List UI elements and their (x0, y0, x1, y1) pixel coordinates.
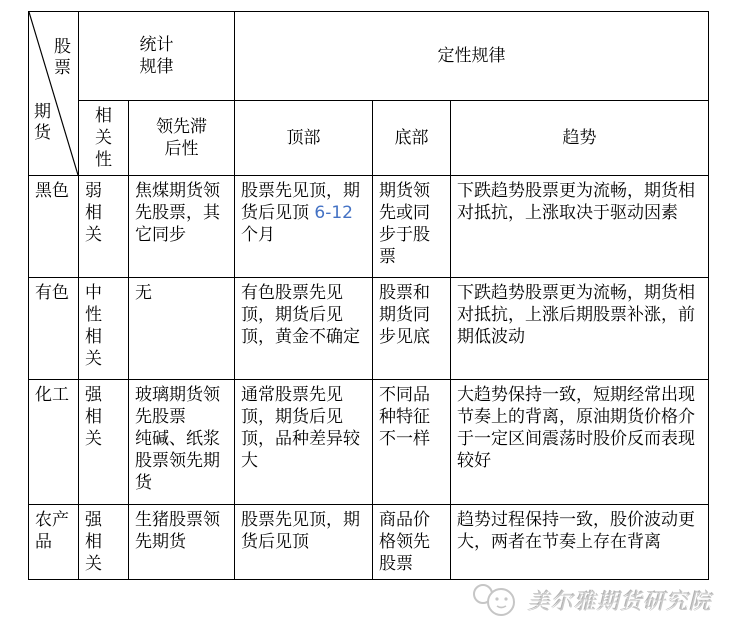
correlation-cell: 中 性 相 关 (79, 278, 129, 380)
group-header-row: 股 票 期 货 统计 规律 定性规律 (29, 12, 709, 101)
top-cell: 股票先见顶，期货后见顶 6-12 个月 (235, 176, 373, 278)
corner-cell: 股 票 期 货 (29, 12, 79, 176)
top-cell: 通常股票先见顶，期货后见顶，品种差异较大 (235, 380, 373, 505)
top-text: 个月 (241, 225, 275, 245)
table-row-nonferrous: 有色 中 性 相 关 无 有色股票先见顶，期货后见顶，黄金不确定 股票和期货同步… (29, 278, 709, 380)
top-text: 股票先见顶，期货后见顶 (241, 510, 360, 552)
header-lead-lag: 领先滞 后性 (129, 101, 235, 176)
lead-lag-cell: 无 (129, 278, 235, 380)
correlation-cell: 强 相 关 (79, 505, 129, 580)
header-statistical-rules: 统计 规律 (79, 12, 235, 101)
table-row-agricultural: 农产 品 强 相 关 生猪股票领先期货 股票先见顶，期货后见顶 商品价格领先股票… (29, 505, 709, 580)
table-row-chemical: 化工 强 相 关 玻璃期货领先股票 纯碱、纸浆股票领先期货 通常股票先见顶，期货… (29, 380, 709, 505)
mascot-logo-icon (468, 581, 522, 619)
corner-stock-label: 股 票 (54, 37, 71, 79)
trend-cell: 下跌趋势股票更为流畅，期货相对抵抗，上涨取决于驱动因素 (451, 176, 709, 278)
top-text: 通常股票先见顶，期货后见顶，品种差异较大 (241, 385, 360, 471)
lead-lag-cell: 生猪股票领先期货 (129, 505, 235, 580)
watermark: 美尔雅期货研究院 (468, 579, 712, 621)
bottom-cell: 期货领先或同步于股票 (373, 176, 451, 278)
lead-lag-cell: 焦煤期货领先股票，其它同步 (129, 176, 235, 278)
brand-name: 美尔雅期货研究院 (528, 585, 712, 616)
bottom-cell: 股票和期货同步见底 (373, 278, 451, 380)
corner-futures-label: 期 货 (34, 102, 51, 144)
top-text: 有色股票先见顶，期货后见顶，黄金不确定 (241, 283, 360, 347)
header-trend: 趋势 (451, 101, 709, 176)
trend-cell: 大趋势保持一致，短期经常出现节奏上的背离，原油期货价格介于一定区间震荡时股价反而… (451, 380, 709, 505)
lead-lag-cell: 玻璃期货领先股票 纯碱、纸浆股票领先期货 (129, 380, 235, 505)
category-cell: 化工 (29, 380, 79, 505)
top-cell: 有色股票先见顶，期货后见顶，黄金不确定 (235, 278, 373, 380)
header-qualitative-rules: 定性规律 (235, 12, 709, 101)
table-row-black: 黑色 弱 相 关 焦煤期货领先股票，其它同步 股票先见顶，期货后见顶 6-12 … (29, 176, 709, 278)
header-bottom: 底部 (373, 101, 451, 176)
correlation-cell: 弱 相 关 (79, 176, 129, 278)
header-correlation: 相 关 性 (79, 101, 129, 176)
correlation-cell: 强 相 关 (79, 380, 129, 505)
category-cell: 有色 (29, 278, 79, 380)
stock-futures-rules-table: 股 票 期 货 统计 规律 定性规律 相 关 性 领先滞 后性 顶部 底部 趋势… (28, 11, 709, 580)
bottom-cell: 不同品种特征不一样 (373, 380, 451, 505)
document-page: 股 票 期 货 统计 规律 定性规律 相 关 性 领先滞 后性 顶部 底部 趋势… (0, 0, 732, 624)
column-header-row: 相 关 性 领先滞 后性 顶部 底部 趋势 (29, 101, 709, 176)
top-cell: 股票先见顶，期货后见顶 (235, 505, 373, 580)
bottom-cell: 商品价格领先股票 (373, 505, 451, 580)
category-cell: 黑色 (29, 176, 79, 278)
header-top: 顶部 (235, 101, 373, 176)
top-highlight-text: 6-12 (314, 203, 353, 223)
trend-cell: 下跌趋势股票更为流畅，期货相对抵抗，上涨后期股票补涨，前期低波动 (451, 278, 709, 380)
category-cell: 农产 品 (29, 505, 79, 580)
trend-cell: 趋势过程保持一致，股价波动更大，两者在节奏上存在背离 (451, 505, 709, 580)
